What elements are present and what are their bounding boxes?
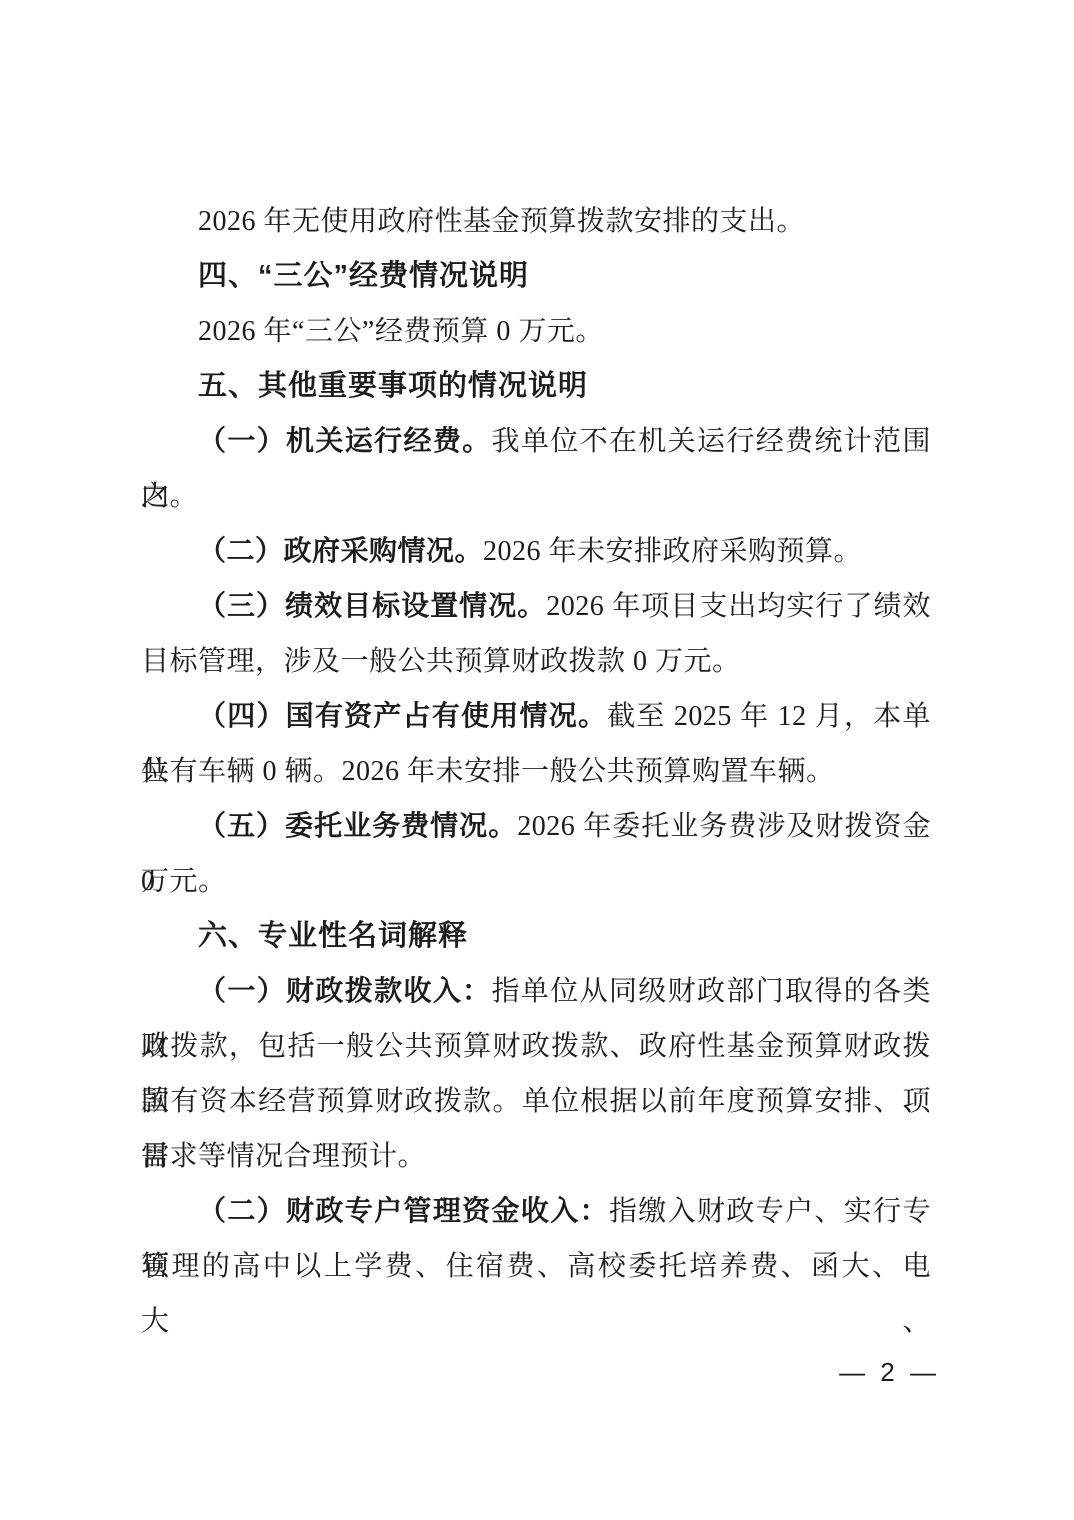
document-body: 2026 年无使用政府性基金预算拨款安排的支出。 四、“三公”经费情况说明 20… [141, 194, 931, 1294]
line-text: 管理的高中以上学费、住宿费、高校委托培养费、函大、电大、 [141, 1251, 931, 1337]
item-label: （五）委托业务费情况。 [198, 811, 517, 842]
line-text: 2026 年无使用政府性基金预算拨款安排的支出。 [198, 206, 805, 237]
line-text: 2026 年“三公”经费预算 0 万元。 [198, 316, 604, 347]
line-text: 2026 年未安排政府采购预算。 [483, 536, 862, 567]
line-term1-fiscal-appropriation-c: 国有资本经营预算财政拨款。单位根据以前年度预算安排、项目 [141, 1074, 931, 1129]
line-text: 共有车辆 0 辆。2026 年未安排一般公共预算购置车辆。 [141, 756, 835, 787]
line-item5-entrusted-fees-b: 万元。 [141, 854, 931, 909]
heading-text: 六、专业性名词解释 [198, 920, 468, 952]
line-sangong-budget: 2026 年“三公”经费预算 0 万元。 [141, 304, 931, 359]
line-text: 万元。 [141, 866, 227, 897]
line-term2-special-account-a: （二）财政专户管理资金收入：指缴入财政专户、实行专项 [141, 1184, 931, 1239]
line-text: 内。 [141, 481, 198, 512]
line-item1-operating-funds-b: 内。 [141, 469, 931, 524]
line-text: 目标管理，涉及一般公共预算财政拨款 0 万元。 [141, 646, 741, 677]
line-text: 需求等情况合理预计。 [141, 1141, 426, 1172]
line-item5-entrusted-fees-a: （五）委托业务费情况。2026 年委托业务费涉及财拨资金 0 [141, 799, 931, 854]
line-gov-fund-expenditure: 2026 年无使用政府性基金预算拨款安排的支出。 [141, 194, 931, 249]
line-item3-performance-a: （三）绩效目标设置情况。2026 年项目支出均实行了绩效 [141, 579, 931, 634]
item-label: （二）政府采购情况。 [198, 536, 483, 567]
heading-section-4: 四、“三公”经费情况说明 [141, 249, 931, 304]
heading-text: 五、其他重要事项的情况说明 [198, 370, 588, 402]
line-term1-fiscal-appropriation-d: 需求等情况合理预计。 [141, 1129, 931, 1184]
line-term1-fiscal-appropriation-b: 政拨款，包括一般公共预算财政拨款、政府性基金预算财政拨款、 [141, 1019, 931, 1074]
line-item1-operating-funds-a: （一）机关运行经费。我单位不在机关运行经费统计范围之 [141, 414, 931, 469]
term-label: （一）财政拨款收入： [198, 976, 492, 1007]
item-label: （四）国有资产占有使用情况。 [198, 701, 607, 732]
term-label: （二）财政专户管理资金收入： [198, 1196, 609, 1227]
line-term1-fiscal-appropriation-a: （一）财政拨款收入：指单位从同级财政部门取得的各类财 [141, 964, 931, 1019]
line-item3-performance-b: 目标管理，涉及一般公共预算财政拨款 0 万元。 [141, 634, 931, 689]
line-term2-special-account-b: 管理的高中以上学费、住宿费、高校委托培养费、函大、电大、 [141, 1239, 931, 1294]
line-text: 2026 年项目支出均实行了绩效 [546, 591, 931, 622]
line-item4-state-assets-a: （四）国有资产占有使用情况。截至 2025 年 12 月，本单位 [141, 689, 931, 744]
item-label: （一）机关运行经费。 [198, 426, 492, 457]
page-number: — 2 — [839, 1356, 940, 1388]
line-item4-state-assets-b: 共有车辆 0 辆。2026 年未安排一般公共预算购置车辆。 [141, 744, 931, 799]
item-label: （三）绩效目标设置情况。 [198, 591, 546, 622]
line-item2-procurement: （二）政府采购情况。2026 年未安排政府采购预算。 [141, 524, 931, 579]
heading-section-6: 六、专业性名词解释 [141, 909, 931, 964]
heading-text: 四、“三公”经费情况说明 [198, 260, 529, 292]
heading-section-5: 五、其他重要事项的情况说明 [141, 359, 931, 414]
document-page: 2026 年无使用政府性基金预算拨款安排的支出。 四、“三公”经费情况说明 20… [0, 0, 1074, 1520]
